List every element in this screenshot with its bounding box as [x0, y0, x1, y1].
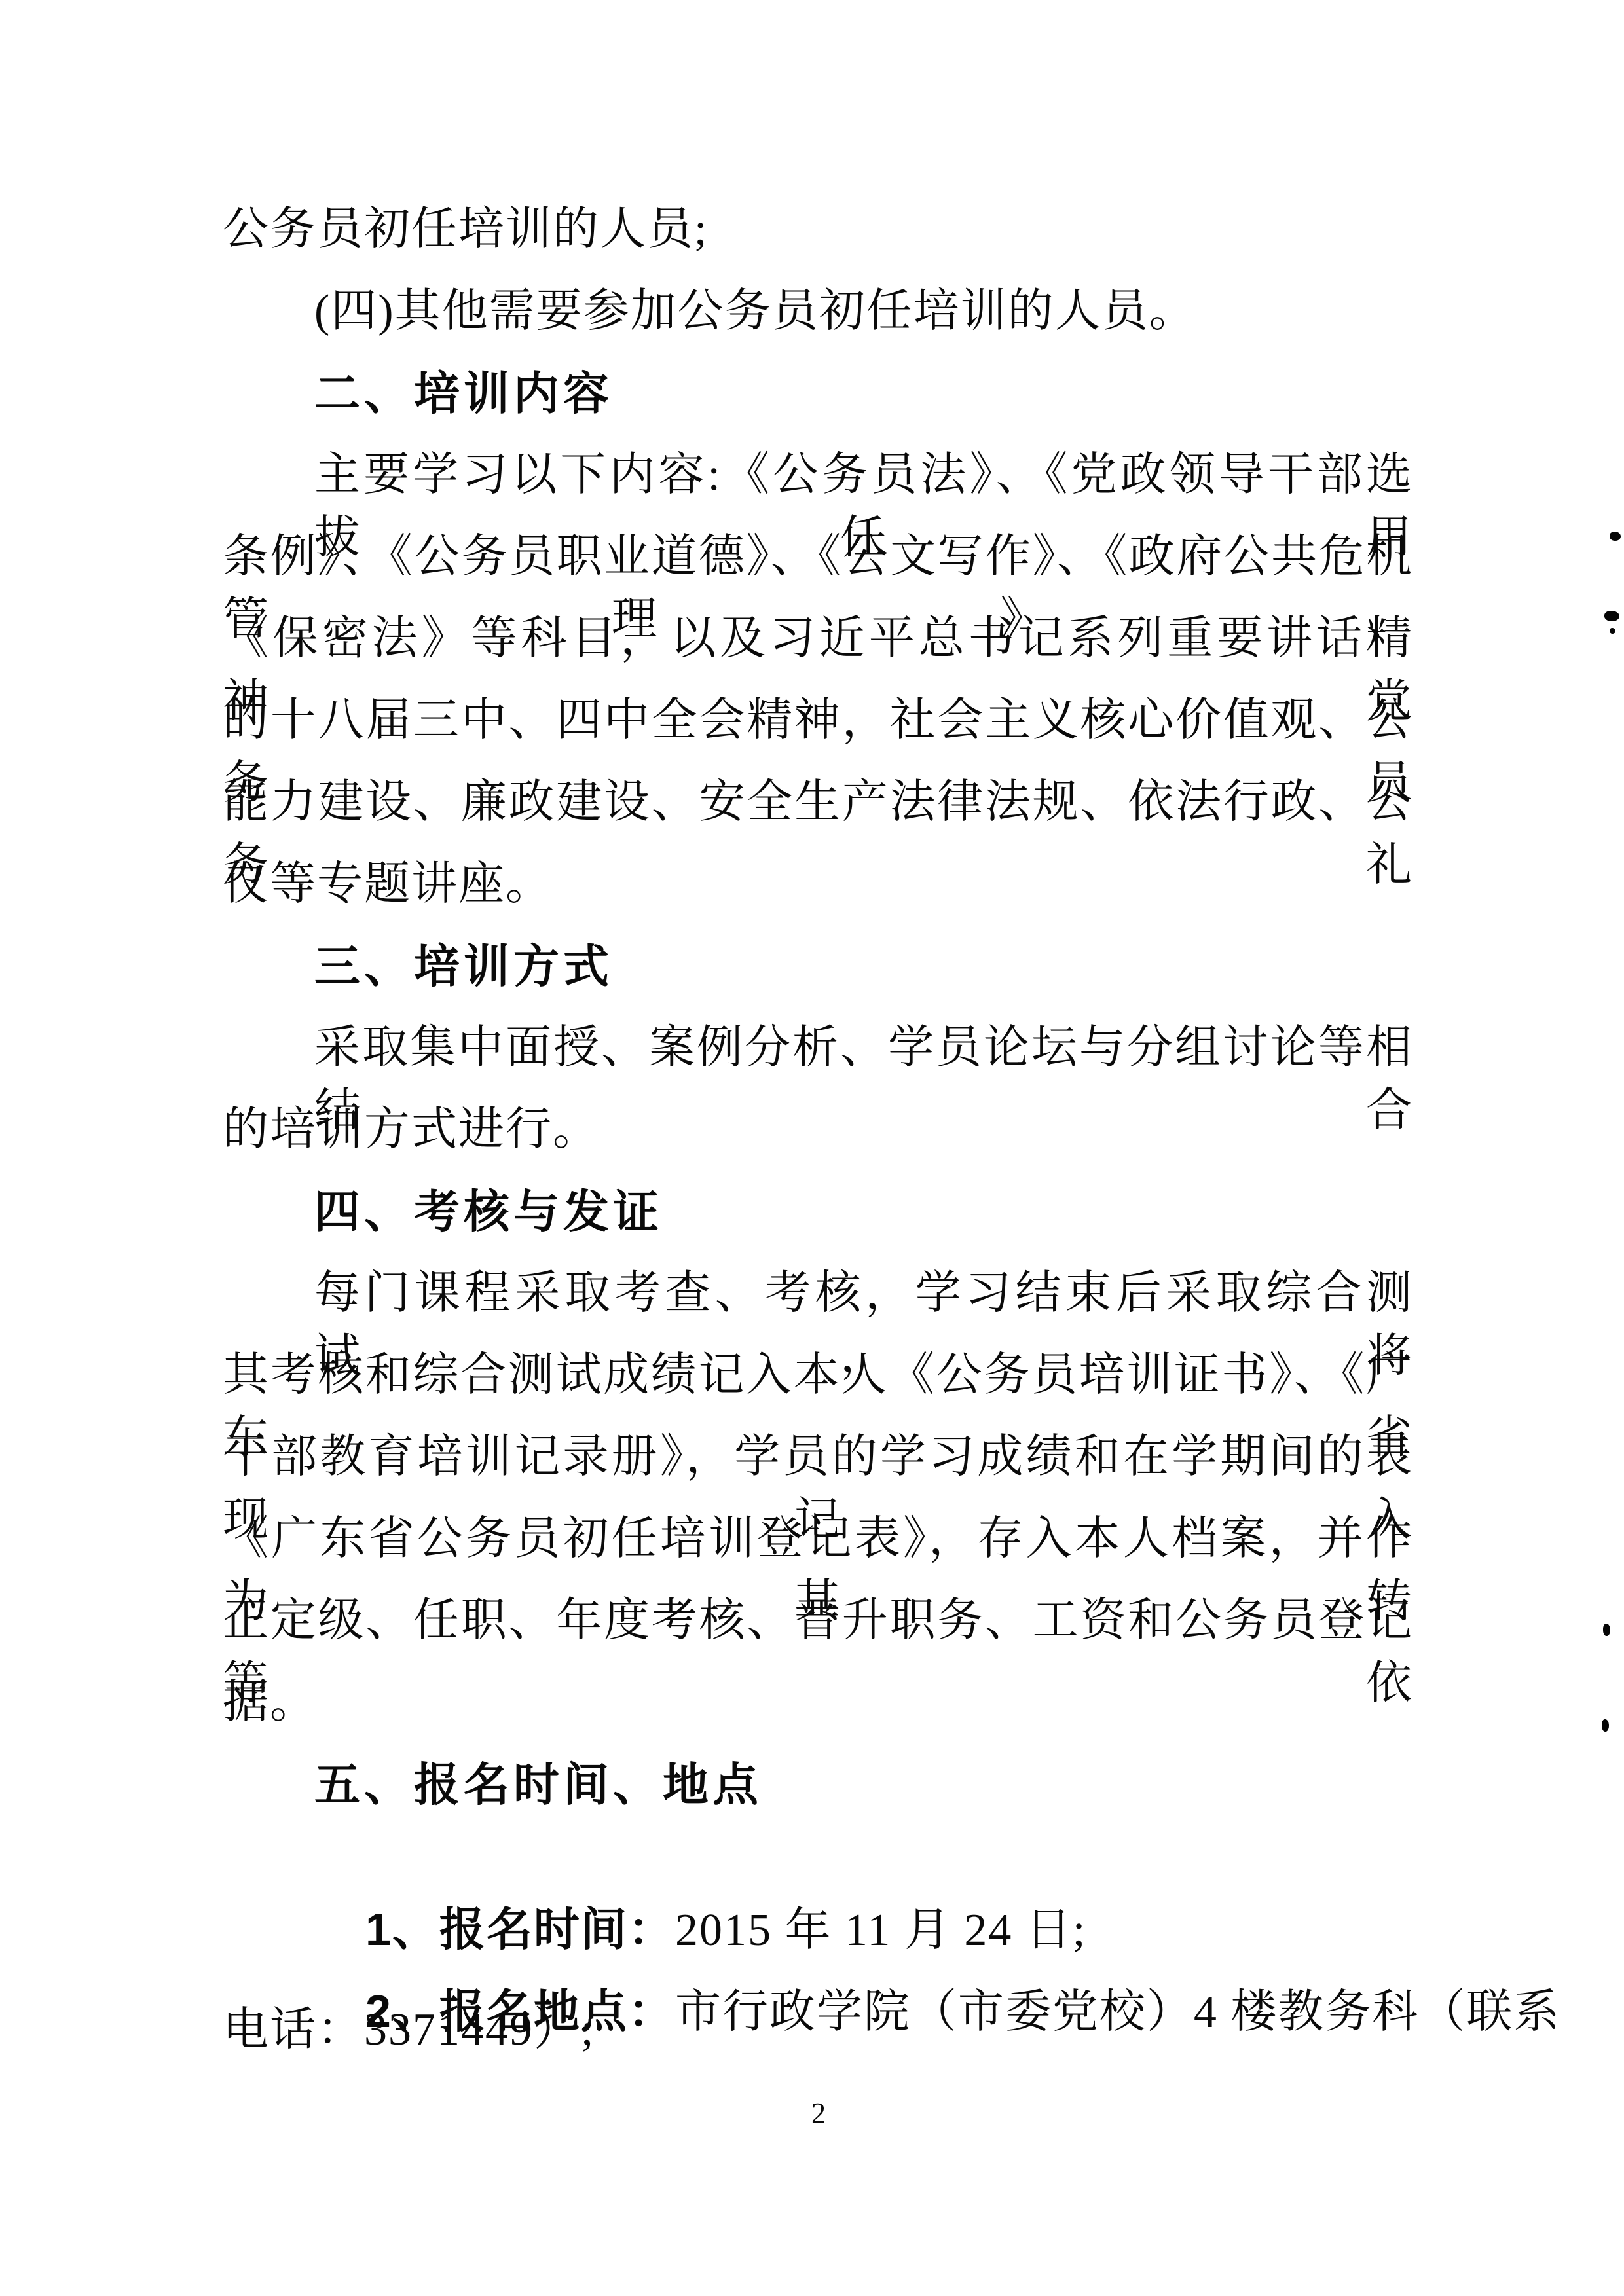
- heading-section-2-training-content: 二、培训内容: [314, 362, 613, 425]
- body-line-para1-tail: 公务员初任培训的人员;: [223, 198, 708, 261]
- body-line-item-4: (四)其他需要参加公务员初任培训的人员。: [314, 280, 1196, 343]
- scan-ink-speck: [1610, 532, 1621, 541]
- page-number: 2: [753, 2094, 884, 2133]
- scan-ink-speck: [1610, 628, 1615, 634]
- registration-place-value: 市行政学院（市委党校）4 楼教务科（联系: [675, 1987, 1561, 2037]
- body-line-assessment-6-tail: 据。: [223, 1671, 317, 1734]
- document-page: 公务员初任培训的人员; (四)其他需要参加公务员初任培训的人员。 二、培训内容 …: [0, 0, 1624, 2296]
- scan-ink-speck: [1603, 1624, 1610, 1636]
- scan-ink-speck: [1604, 611, 1619, 621]
- heading-section-5-registration: 五、报名时间、地点: [314, 1753, 762, 1816]
- body-line-phone: 电话：3371449）;: [223, 1999, 595, 2062]
- scan-ink-speck: [1602, 1719, 1609, 1732]
- body-line-method-2-tail: 的培训方式进行。: [223, 1099, 600, 1161]
- heading-section-3-training-method: 三、培训方式: [314, 935, 613, 998]
- body-line-assessment-5: 正定级、任职、年度考核、晋升职务、工资和公务员登记等依: [223, 1590, 1413, 1715]
- heading-section-4-assessment: 四、考核与发证: [314, 1180, 663, 1243]
- body-line-content-6-tail: 仪等专题讲座。: [223, 853, 553, 916]
